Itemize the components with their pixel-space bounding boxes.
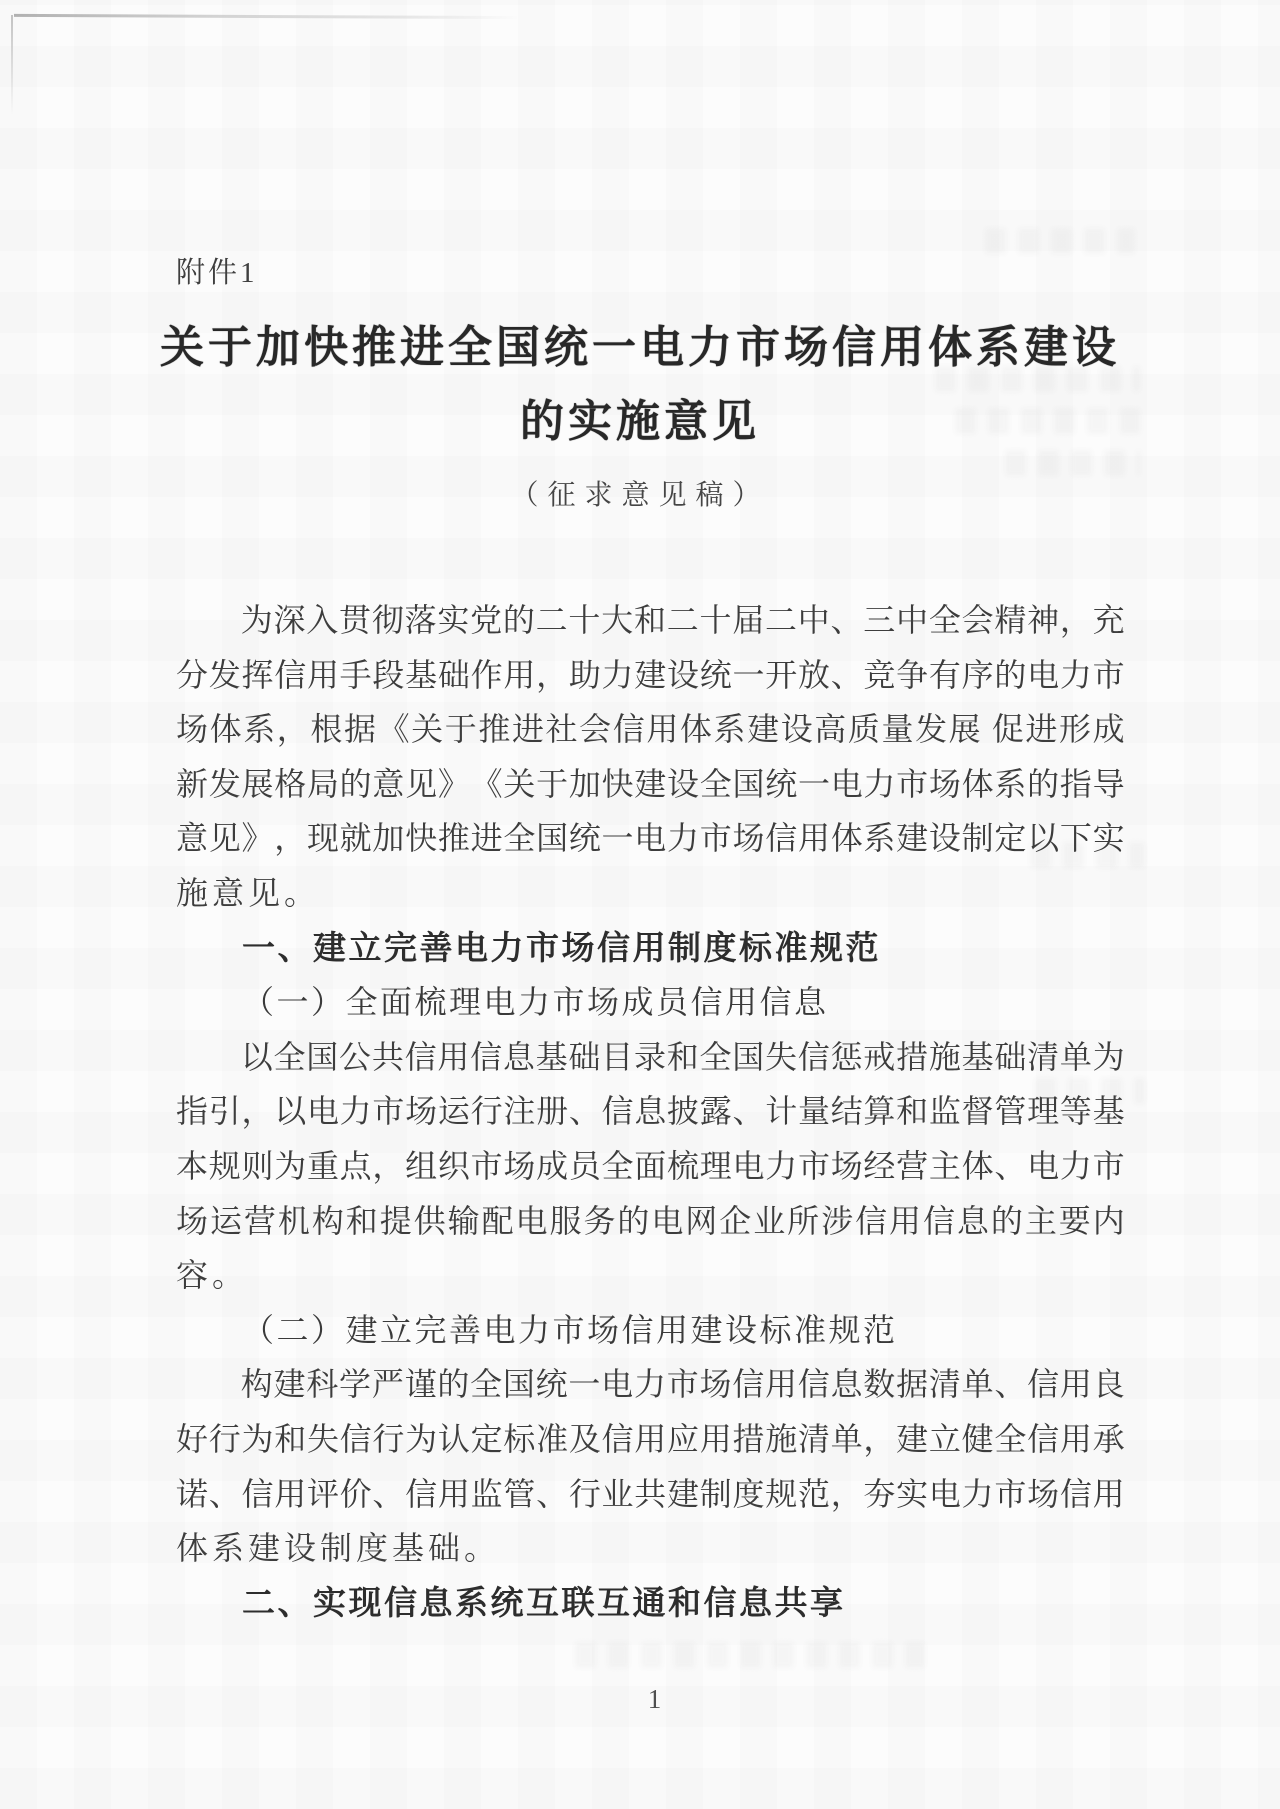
bleedthrough-ghost bbox=[575, 1642, 925, 1668]
body-line: 好行为和失信行为认定标准及信用应用措施清单，建立健全信用承 bbox=[176, 1412, 1125, 1467]
body-line: 意见》，现就加快推进全国统一电力市场信用体系建设制定以下实 bbox=[176, 811, 1125, 866]
sub-heading: （二）建立完善电力市场信用建设标准规范 bbox=[176, 1303, 1125, 1358]
sub-heading: （一）全面梳理电力市场成员信用信息 bbox=[176, 975, 1125, 1030]
body-line: 诺、信用评价、信用监管、行业共建制度规范，夯实电力市场信用 bbox=[176, 1467, 1125, 1522]
bleedthrough-ghost bbox=[1005, 450, 1140, 476]
body-line: 新发展格局的意见》《关于加快建设全国统一电力市场体系的指导 bbox=[176, 757, 1125, 812]
body-line: 场体系，根据《关于推进社会信用体系建设高质量发展 促进形成 bbox=[176, 702, 1125, 757]
document-subtitle-draft-note: （征求意见稿） bbox=[0, 478, 1280, 514]
body-line: 本规则为重点，组织市场成员全面梳理电力市场经营主体、电力市 bbox=[176, 1139, 1125, 1194]
body-line: 为深入贯彻落实党的二十大和二十届二中、三中全会精神，充 bbox=[176, 593, 1125, 648]
document-title-line2: 的实施意见 bbox=[0, 396, 1280, 448]
body-text: 为深入贯彻落实党的二十大和二十届二中、三中全会精神，充分发挥信用手段基础作用，助… bbox=[176, 593, 1125, 1630]
body-line: 构建科学严谨的全国统一电力市场信用信息数据清单、信用良 bbox=[176, 1357, 1125, 1412]
section-heading: 二、实现信息系统互联互通和信息共享 bbox=[176, 1576, 1125, 1631]
section-heading: 一、建立完善电力市场信用制度标准规范 bbox=[176, 921, 1125, 976]
body-line: 分发挥信用手段基础作用，助力建设统一开放、竞争有序的电力市 bbox=[176, 648, 1125, 703]
scanned-document-page: 附件1 关于加快推进全国统一电力市场信用体系建设 的实施意见 （征求意见稿） 为… bbox=[0, 0, 1280, 1809]
body-line: 指引，以电力市场运行注册、信息披露、计量结算和监督管理等基 bbox=[176, 1084, 1125, 1139]
scan-edge-artifact-top bbox=[14, 14, 520, 19]
body-line: 体系建设制度基础。 bbox=[176, 1521, 1125, 1576]
bleedthrough-ghost bbox=[985, 228, 1135, 254]
body-line: 场运营机构和提供输配电服务的电网企业所涉信用信息的主要内 bbox=[176, 1194, 1125, 1249]
document-title-line1: 关于加快推进全国统一电力市场信用体系建设 bbox=[0, 322, 1280, 374]
body-line: 施意见。 bbox=[176, 866, 1125, 921]
page-number: 1 bbox=[0, 1684, 1280, 1715]
scan-edge-artifact-left bbox=[11, 15, 13, 115]
body-line: 容。 bbox=[176, 1248, 1125, 1303]
body-line: 以全国公共信用信息基础目录和全国失信惩戒措施基础清单为 bbox=[176, 1030, 1125, 1085]
attachment-label: 附件1 bbox=[176, 256, 258, 290]
